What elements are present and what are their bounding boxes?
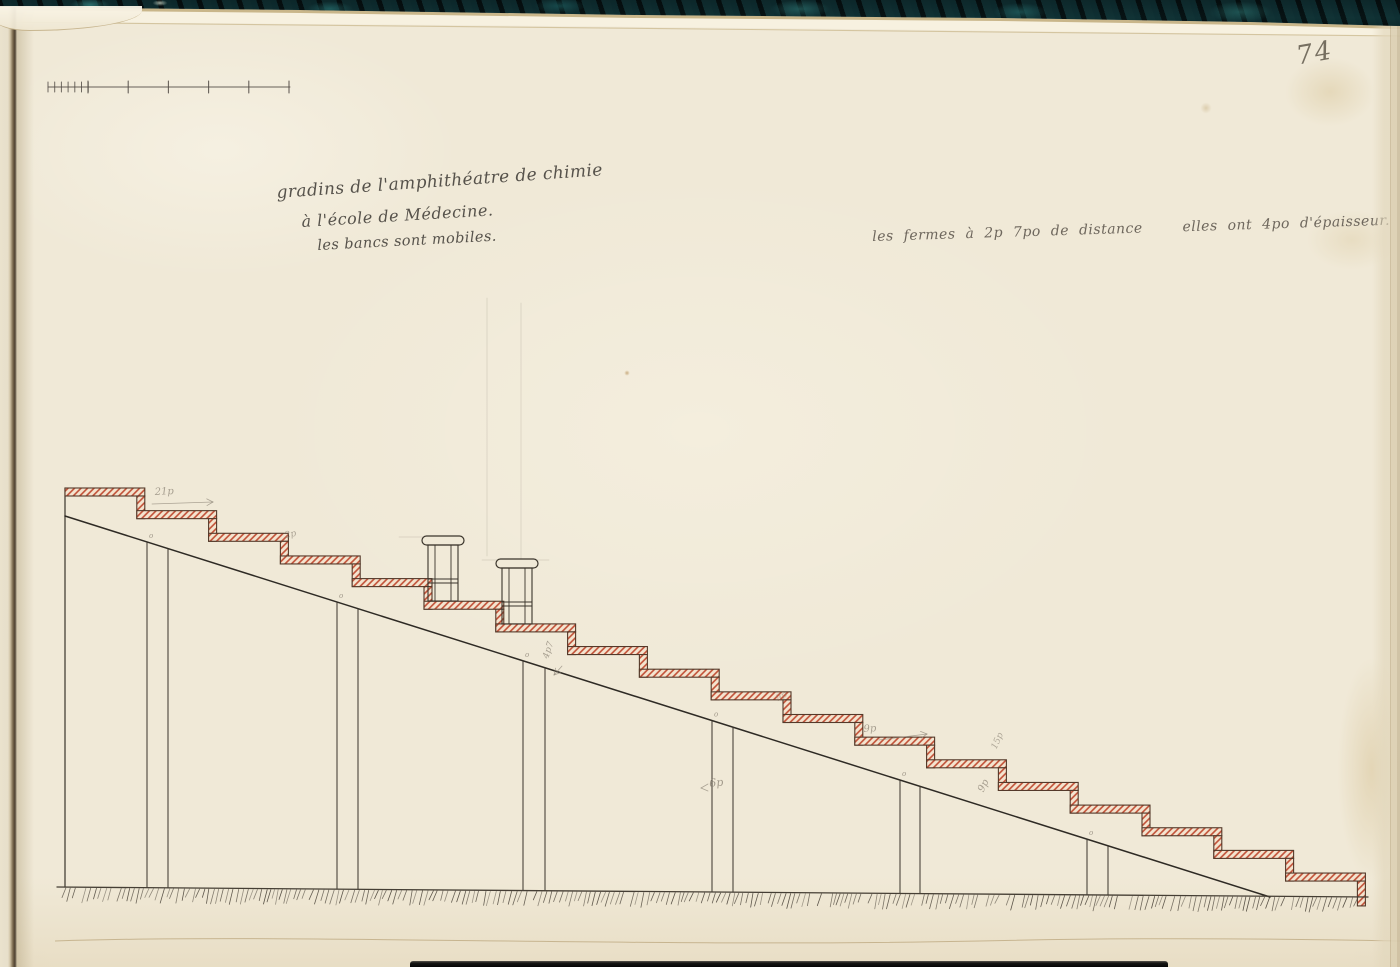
bottom-dark-edge xyxy=(410,961,1168,967)
understructure: oooooo xyxy=(65,488,1270,897)
scale-bar xyxy=(48,81,290,93)
left-page-gutter-edge xyxy=(0,0,34,967)
pencil-note: 6p xyxy=(709,776,724,790)
construction-lines xyxy=(399,298,549,560)
svg-text:o: o xyxy=(1089,829,1093,837)
right-page-edge xyxy=(1372,0,1400,967)
svg-text:o: o xyxy=(339,592,343,600)
svg-text:o: o xyxy=(525,651,529,659)
svg-text:o: o xyxy=(149,532,153,540)
svg-text:o: o xyxy=(902,770,906,778)
pencil-lines xyxy=(152,499,927,791)
svg-text:o: o xyxy=(714,711,718,719)
benches xyxy=(422,536,538,624)
pencil-note: 21p xyxy=(154,486,174,498)
scanned-album-page: oooooo gradins de l'amphithéatre de chim… xyxy=(0,0,1400,967)
steps xyxy=(65,488,1365,906)
folio-number: 74 xyxy=(1294,36,1336,72)
amphitheatre-section-drawing: oooooo xyxy=(0,0,1400,967)
deckle-edge xyxy=(55,939,1400,943)
pencil-note: 9p xyxy=(863,723,877,735)
